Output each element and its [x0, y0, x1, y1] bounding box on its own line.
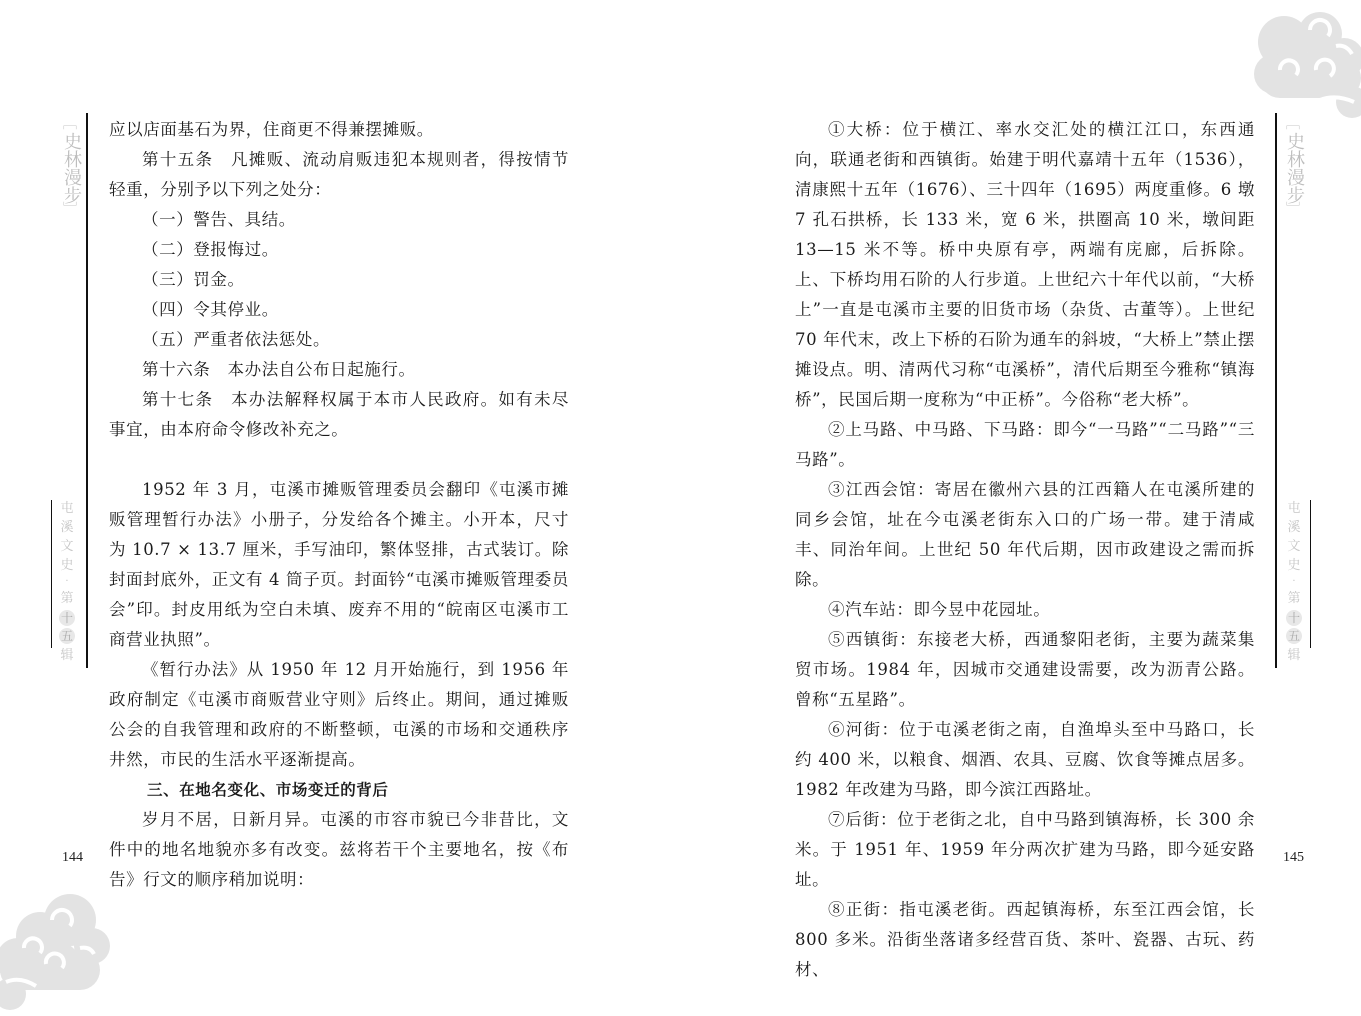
bracket-close: ﹈: [60, 204, 80, 216]
vol-dot: ·: [58, 575, 76, 589]
paragraph: 岁月不居，日新月异。屯溪的市容市貌已今非昔比，文件中的地名地貌亦多有改变。兹将若…: [109, 805, 569, 895]
list-item: （三）罚金。: [109, 265, 569, 295]
paragraph: 第十六条 本办法自公布日起施行。: [109, 355, 569, 385]
vol-char: 辑: [58, 646, 76, 665]
left-page: ﹇ 史林漫步 ﹈ 屯 溪 文 史 · 第 十 五 辑 应以店面基石为界，住商更不…: [0, 0, 680, 1016]
list-item: （一）警告、具结。: [109, 205, 569, 235]
vol-char: 第: [58, 589, 76, 608]
paragraph: 第十五条 凡摊贩、流动肩贩违犯本规则者，得按情节轻重，分别予以下列之处分：: [109, 145, 569, 205]
side-title-text: 史林漫步: [60, 132, 82, 204]
note-item: ⑦后街：位于老街之北，自中马路到镇海桥，长 300 余米。于 1951 年、19…: [795, 805, 1255, 895]
side-title-left: ﹇ 史林漫步 ﹈: [60, 118, 80, 216]
vol-char: 文: [58, 537, 76, 556]
cloud-ornament-icon: [1240, 8, 1361, 120]
note-item: ①大桥：位于横江、率水交汇处的横江江口，东西通向，联通老街和西镇街。始建于明代嘉…: [795, 115, 1255, 415]
margin-rule-left: [86, 113, 88, 668]
list-item: （四）令其停业。: [109, 295, 569, 325]
vol-char: 第: [1285, 589, 1303, 608]
paragraph: 第十七条 本办法解释权属于本市人民政府。如有未尽事宜，由本府命令修改补充之。: [109, 385, 569, 445]
note-item: ③江西会馆：寄居在徽州六县的江西籍人在屯溪所建的同乡会馆，址在今屯溪老街东入口的…: [795, 475, 1255, 595]
note-item: ②上马路、中马路、下马路：即今“一马路”“二马路”“三马路”。: [795, 415, 1255, 475]
bracket-open: ﹇: [60, 118, 80, 130]
vol-dot: ·: [1285, 575, 1303, 589]
right-page: ﹇ 史林漫步 ﹈ 屯 溪 文 史 · 第 十 五 辑 ①大桥：位于横江、率水交汇…: [680, 0, 1361, 1016]
list-item: （五）严重者依法惩处。: [109, 325, 569, 355]
volume-rule-left: [51, 500, 52, 648]
vol-num-circle: 五: [59, 628, 75, 644]
vol-char: 屯: [1285, 499, 1303, 518]
side-title-right: ﹇ 史林漫步 ﹈: [1283, 118, 1303, 216]
note-item: ⑤西镇街：东接老大桥，西通黎阳老街，主要为蔬菜集贸市场。1984 年，因城市交通…: [795, 625, 1255, 715]
vol-num-circle: 十: [1286, 610, 1302, 626]
vol-char: 辑: [1285, 646, 1303, 665]
vol-num-circle: 五: [1286, 628, 1302, 644]
left-body-text: 应以店面基石为界，住商更不得兼摆摊贩。 第十五条 凡摊贩、流动肩贩违犯本规则者，…: [109, 115, 569, 895]
note-item: ⑧正街：指屯溪老街。西起镇海桥，东至江西会馆，长 800 多米。沿街坐落诸多经营…: [795, 895, 1255, 985]
volume-rule-right: [1310, 500, 1311, 648]
side-title-text: 史林漫步: [1283, 132, 1305, 204]
note-item: ⑥河街：位于屯溪老街之南，自渔埠头至中马路口，长约 400 米，以粮食、烟酒、农…: [795, 715, 1255, 805]
paragraph: 应以店面基石为界，住商更不得兼摆摊贩。: [109, 115, 569, 145]
list-item: （二）登报悔过。: [109, 235, 569, 265]
note-item: ④汽车站：即今昱中花园址。: [795, 595, 1255, 625]
margin-rule-right: [1275, 113, 1277, 668]
bracket-open: ﹇: [1283, 118, 1303, 130]
right-body-text: ①大桥：位于横江、率水交汇处的横江江口，东西通向，联通老街和西镇街。始建于明代嘉…: [795, 115, 1255, 985]
page-number-right: 145: [1283, 850, 1304, 866]
vol-num-circle: 十: [59, 610, 75, 626]
paragraph: 《暂行办法》从 1950 年 12 月开始施行，到 1956 年政府制定《屯溪市…: [109, 655, 569, 775]
vol-char: 史: [58, 556, 76, 575]
vol-char: 溪: [1285, 518, 1303, 537]
vol-char: 溪: [58, 518, 76, 537]
vol-char: 史: [1285, 556, 1303, 575]
section-heading: 三、在地名变化、市场变迁的背后: [109, 775, 569, 805]
cloud-ornament-icon: [0, 890, 120, 1016]
paragraph: 1952 年 3 月，屯溪市摊贩管理委员会翻印《屯溪市摊贩管理暂行办法》小册子，…: [109, 475, 569, 655]
page-number-left: 144: [62, 850, 83, 866]
vol-char: 屯: [60, 501, 73, 516]
volume-label-right: 屯 溪 文 史 · 第 十 五 辑: [1285, 499, 1303, 665]
bracket-close: ﹈: [1283, 204, 1303, 216]
vol-char: 文: [1285, 537, 1303, 556]
volume-label-left: 屯 溪 文 史 · 第 十 五 辑: [58, 499, 76, 665]
